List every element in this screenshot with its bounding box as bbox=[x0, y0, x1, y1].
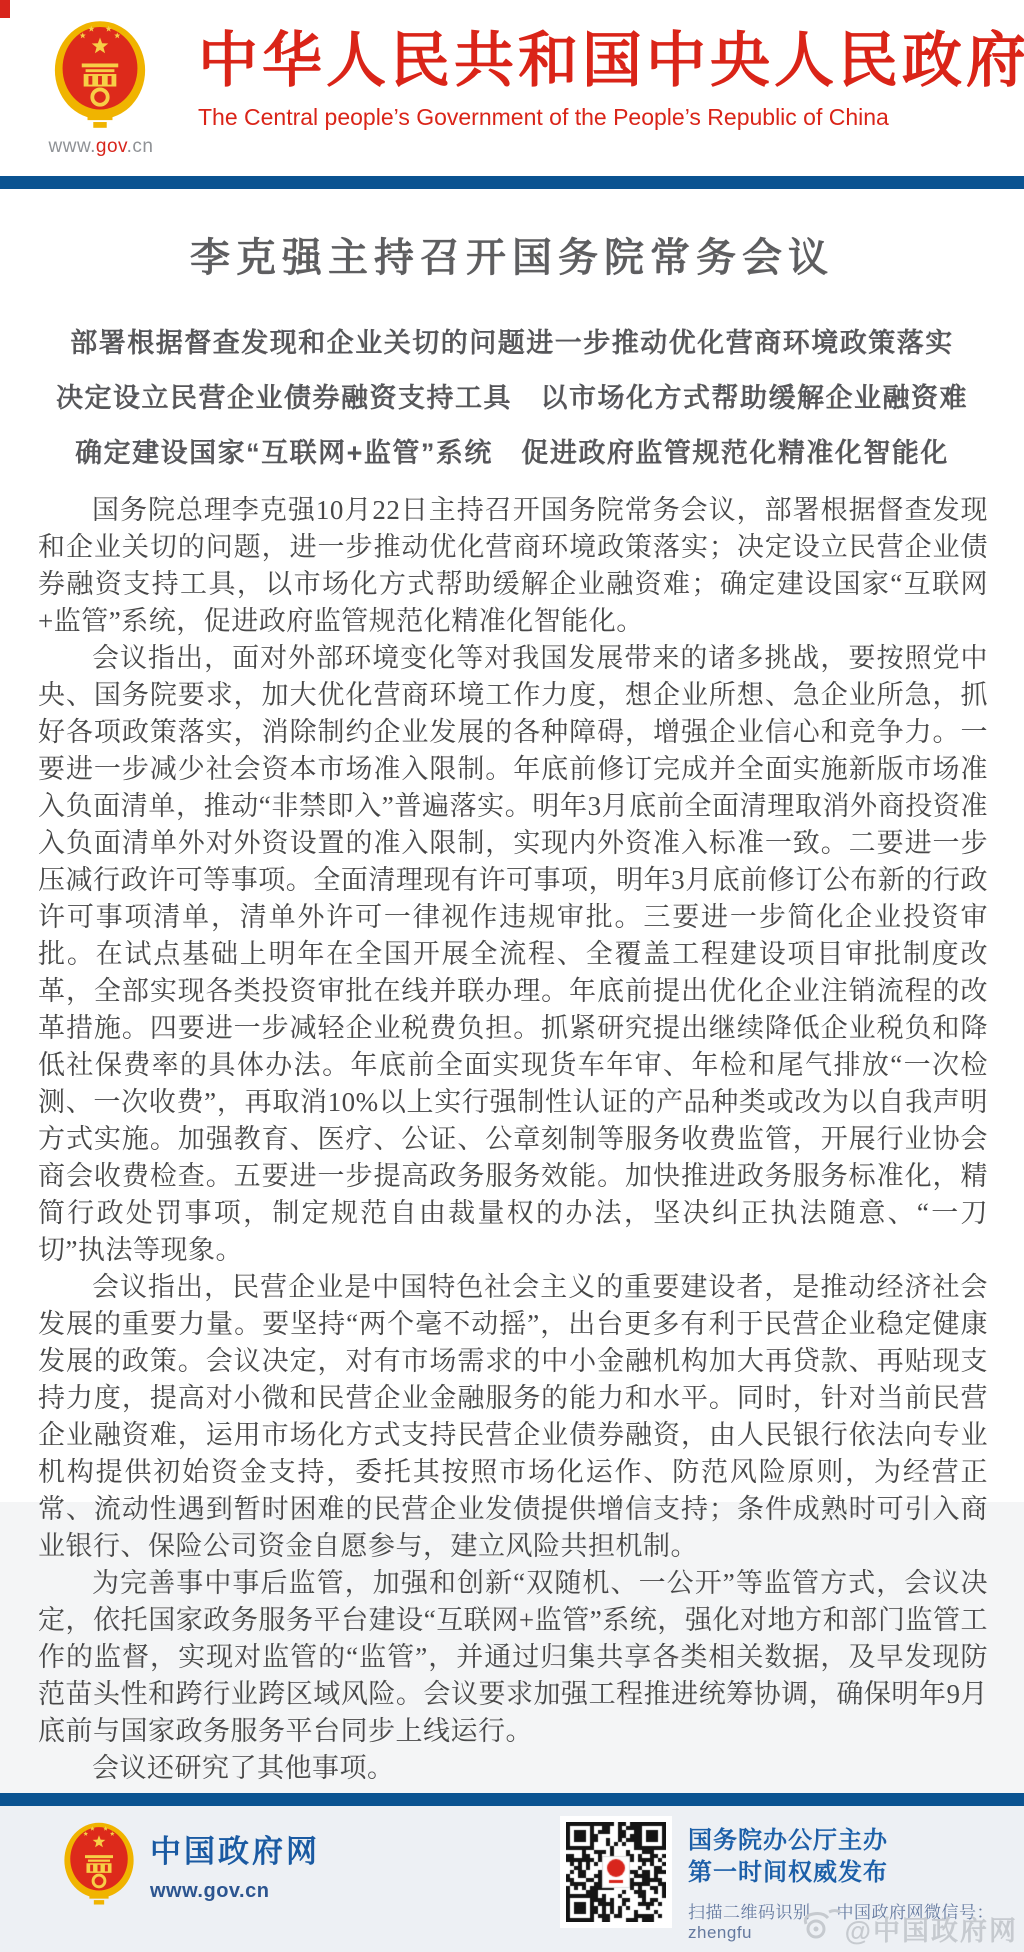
url-suffix: .cn bbox=[127, 136, 154, 157]
article-title: 李克强主持召开国务院常务会议 bbox=[0, 226, 1024, 283]
url-domain: gov bbox=[96, 136, 127, 157]
footer-site-url[interactable]: www.gov.cn bbox=[150, 1880, 320, 1903]
header-site-url[interactable]: www.gov.cn bbox=[28, 136, 174, 158]
site-footer: 中国政府网 www.gov.cn 国务院办公厅主办 第一时间权威发布 扫描二维码… bbox=[0, 1806, 1024, 1952]
article-paragraph: 会议还研究了其他事项。 bbox=[38, 1750, 988, 1787]
site-header: www.gov.cn 中华人民共和国中央人民政府 The Central peo… bbox=[0, 0, 1024, 176]
scan-hint: 扫描二维码识别 bbox=[688, 1903, 811, 1922]
url-prefix: www. bbox=[49, 136, 96, 157]
qr-code-canvas bbox=[566, 1822, 666, 1922]
sponsor-text: 国务院办公厅主办 第一时间权威发布 bbox=[688, 1825, 888, 1889]
corner-red-mark bbox=[0, 0, 10, 18]
article-subtitle-line: 决定设立民营企业债券融资支持工具 以市场化方式帮助缓解企业融资难 bbox=[0, 371, 1024, 426]
wechat-qr-code bbox=[560, 1816, 672, 1928]
header-divider-bar bbox=[0, 176, 1024, 189]
footer-site-name[interactable]: 中国政府网 bbox=[150, 1826, 320, 1871]
site-title-chinese: 中华人民共和国中央人民政府 bbox=[198, 28, 998, 94]
article-body: 国务院总理李克强10月22日主持召开国务院常务会议，部署根据督查发现和企业关切的… bbox=[38, 492, 988, 1787]
header-titles: 中华人民共和国中央人民政府 The Central people’s Gover… bbox=[198, 28, 998, 131]
article-paragraph: 国务院总理李克强10月22日主持召开国务院常务会议，部署根据督查发现和企业关切的… bbox=[38, 492, 988, 640]
site-title-english: The Central people’s Government of the P… bbox=[198, 104, 998, 131]
article-paragraph: 会议指出，民营企业是中国特色社会主义的重要建设者，是推动经济社会发展的重要力量。… bbox=[38, 1269, 988, 1565]
national-emblem-icon bbox=[62, 1822, 136, 1906]
national-emblem-icon bbox=[52, 20, 148, 130]
sponsor-line-2: 第一时间权威发布 bbox=[688, 1857, 888, 1889]
article-paragraph: 会议指出，面对外部环境变化等对我国发展带来的诸多挑战，要按照党中央、国务院要求，… bbox=[38, 640, 988, 1269]
article-subtitle-line: 确定建设国家“互联网+监管”系统 促进政府监管规范化精准化智能化 bbox=[0, 426, 1024, 481]
weibo-watermark: @中国政府网 bbox=[801, 1908, 1018, 1949]
article-paragraph: 为完善事中事后监管，加强和创新“双随机、一公开”等监管方式，会议决定，依托国家政… bbox=[38, 1565, 988, 1750]
camera-swirl-icon bbox=[801, 1908, 843, 1949]
footer-site-block: 中国政府网 www.gov.cn bbox=[150, 1826, 320, 1903]
watermark-text: @中国政府网 bbox=[845, 1909, 1018, 1948]
footer-divider-bar bbox=[0, 1793, 1024, 1806]
article-subtitle-line: 部署根据督查发现和企业关切的问题进一步推动优化营商环境政策落实 bbox=[0, 316, 1024, 371]
gov-cn-page: www.gov.cn 中华人民共和国中央人民政府 The Central peo… bbox=[0, 0, 1024, 1952]
article-subtitles: 部署根据督查发现和企业关切的问题进一步推动优化营商环境政策落实决定设立民营企业债… bbox=[0, 316, 1024, 481]
sponsor-line-1: 国务院办公厅主办 bbox=[688, 1825, 888, 1857]
